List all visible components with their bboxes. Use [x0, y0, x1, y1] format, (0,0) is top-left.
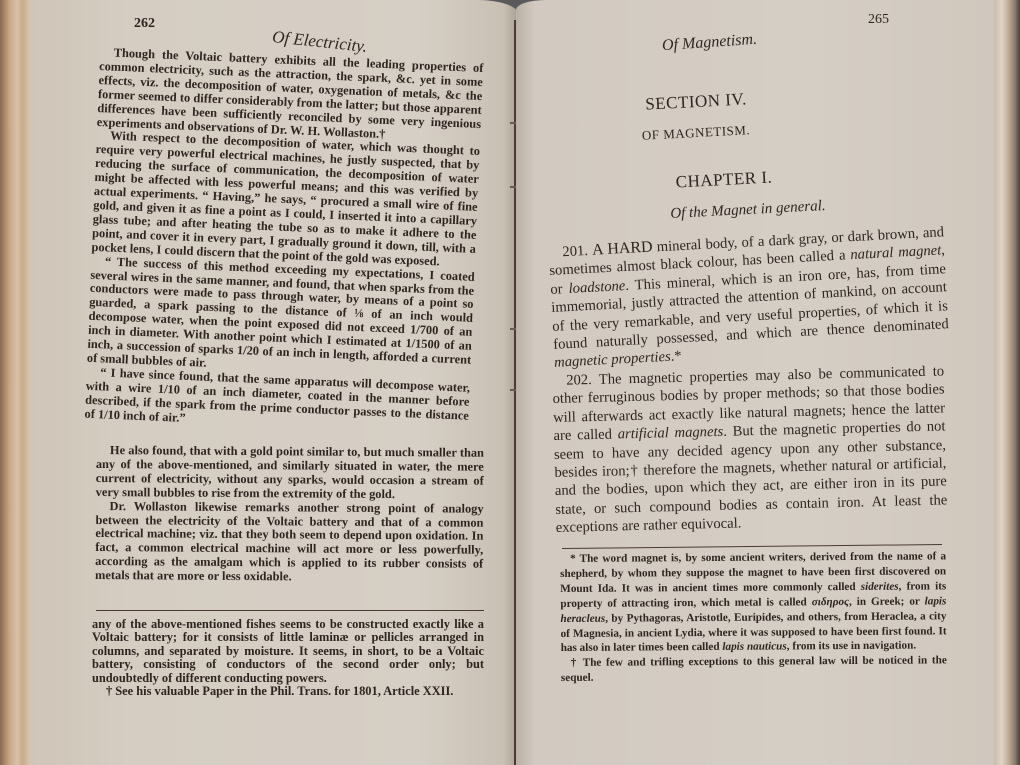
footnote: † See his valuable Paper in the Phil. Tr… [92, 685, 484, 698]
italic-term: lapis nauticus [722, 641, 786, 653]
text: .* [670, 349, 682, 366]
lead-words: A HARD [592, 239, 653, 259]
body-text-block: Though the Voltaic battery exhibits all … [84, 46, 483, 437]
body-text-block-lower: He also found, that with a gold point si… [95, 444, 484, 586]
italic-term: natural magnet [850, 243, 942, 264]
paragraph-number: 201. [562, 243, 588, 260]
running-head: Of Magnetism. [661, 31, 757, 56]
paragraph: Dr. Wollaston likewise remarks another s… [95, 500, 484, 586]
footnote-divider [96, 610, 484, 611]
italic-term: magnetic properties [554, 349, 671, 371]
text: , in Greek; or [849, 595, 925, 608]
italic-term: siderites [861, 580, 899, 592]
italic-term: loadstone [568, 278, 626, 297]
section-title-wrap: OF MAGNETISM. [516, 112, 936, 153]
paragraph-202: 202. The magnetic properties may also be… [552, 362, 948, 537]
paragraph: With respect to the decomposition of wat… [91, 129, 480, 270]
paragraph: He also found, that with a gold point si… [96, 444, 484, 502]
footnote-divider [562, 544, 942, 549]
page-edges-right [994, 0, 1020, 765]
paragraph: “ The success of this method exceeding m… [87, 254, 475, 381]
page-number: 265 [868, 12, 889, 28]
footnotes: * The word magnet is, by some ancient wr… [560, 549, 947, 686]
section-title: OF MAGNETISM. [516, 112, 936, 153]
text: , from its use in navigation. [787, 640, 916, 653]
right-page: 265 Of Magnetism. SECTION IV. OF MAGNETI… [516, 0, 996, 765]
footnotes: any of the above-mentioned fishes seems … [92, 618, 484, 698]
footnote-star: * The word magnet is, by some ancient wr… [560, 549, 947, 656]
page-number: 262 [134, 16, 155, 32]
greek-word: σιδηρος [812, 596, 849, 608]
open-book: 262 Of Electricity. Though the Voltaic b… [0, 0, 1020, 765]
left-page: 262 Of Electricity. Though the Voltaic b… [30, 0, 518, 765]
italic-term: artificial magnets [618, 424, 724, 443]
footnote-dagger: † The few and trifling exceptions to thi… [561, 654, 947, 687]
paragraph-number: 202. [566, 372, 592, 389]
footnote: any of the above-mentioned fishes seems … [92, 618, 484, 685]
paragraph-201: 201. A HARD mineral body, of a dark gray… [548, 223, 950, 372]
